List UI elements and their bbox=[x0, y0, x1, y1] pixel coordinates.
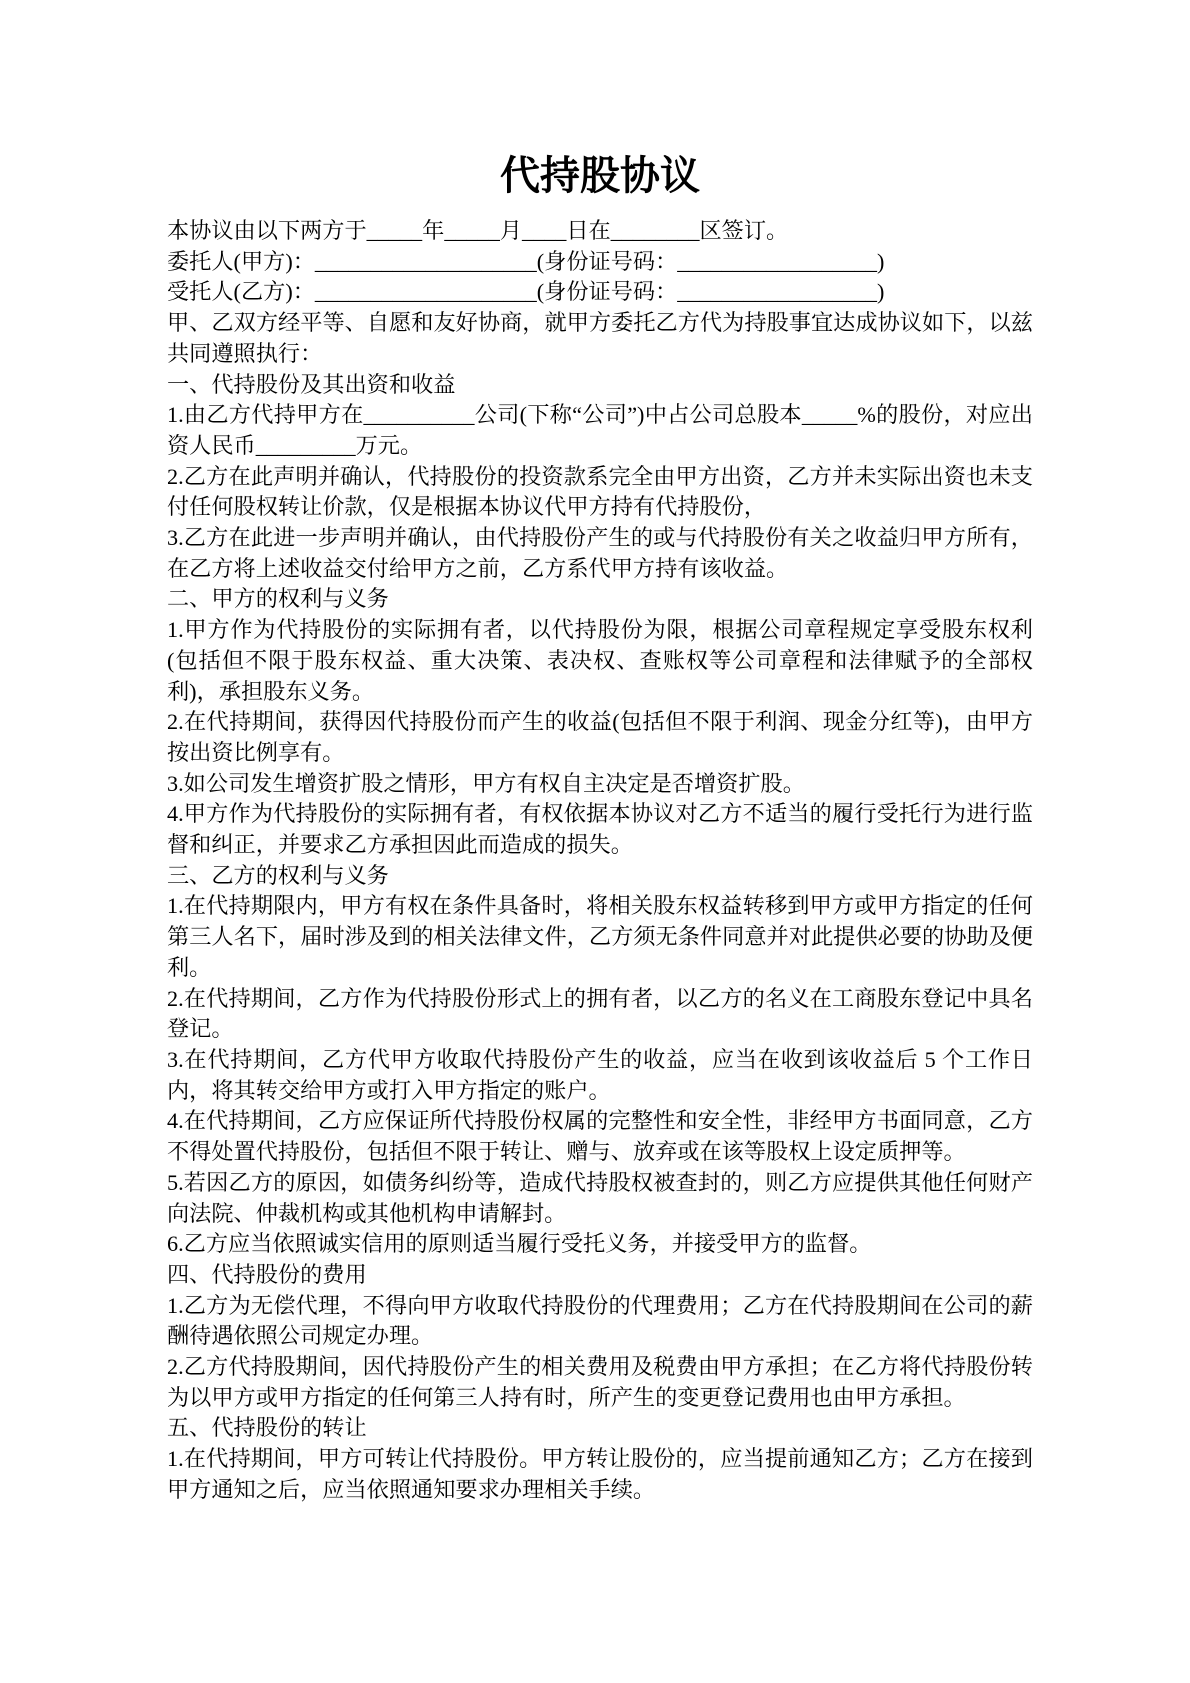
clause-3-2: 2.在代持期间，乙方作为代持股份形式上的拥有者，以乙方的名义在工商股东登记中具名… bbox=[167, 984, 1033, 1045]
clause-5-1: 1.在代持期间，甲方可转让代持股份。甲方转让股份的，应当提前通知乙方；乙方在接到… bbox=[167, 1444, 1033, 1505]
clause-2-3: 3.如公司发生增资扩股之情形，甲方有权自主决定是否增资扩股。 bbox=[167, 769, 1033, 800]
clause-4-1: 1.乙方为无偿代理，不得向甲方收取代持股份的代理费用；乙方在代持股期间在公司的薪… bbox=[167, 1291, 1033, 1352]
clause-3-6: 6.乙方应当依照诚实信用的原则适当履行受托义务，并接受甲方的监督。 bbox=[167, 1229, 1033, 1260]
paragraph-party-b-line: 受托人(乙方)：____________________(身份证号码：_____… bbox=[167, 277, 1033, 308]
clause-1-2: 2.乙方在此声明并确认，代持股份的投资款系完全由甲方出资，乙方并未实际出资也未支… bbox=[167, 462, 1033, 523]
section-1-heading: 一、代持股份及其出资和收益 bbox=[167, 370, 1033, 401]
clause-4-2: 2.乙方代持股期间，因代持股份产生的相关费用及税费由甲方承担；在乙方将代持股份转… bbox=[167, 1352, 1033, 1413]
document-title: 代持股协议 bbox=[167, 150, 1033, 202]
section-3-heading: 三、乙方的权利与义务 bbox=[167, 861, 1033, 892]
clause-1-3: 3.乙方在此进一步声明并确认，由代持股份产生的或与代持股份有关之收益归甲方所有，… bbox=[167, 523, 1033, 584]
clause-2-4: 4.甲方作为代持股份的实际拥有者，有权依据本协议对乙方不适当的履行受托行为进行监… bbox=[167, 799, 1033, 860]
paragraph-signing-line: 本协议由以下两方于_____年_____月____日在________区签订。 bbox=[167, 216, 1033, 247]
section-2-heading: 二、甲方的权利与义务 bbox=[167, 584, 1033, 615]
clause-2-2: 2.在代持期间，获得因代持股份而产生的收益(包括但不限于利润、现金分红等)，由甲… bbox=[167, 707, 1033, 768]
document-page: 代持股协议 本协议由以下两方于_____年_____月____日在_______… bbox=[167, 150, 1033, 1506]
section-4-heading: 四、代持股份的费用 bbox=[167, 1260, 1033, 1291]
clause-3-1: 1.在代持期限内，甲方有权在条件具备时，将相关股东权益转移到甲方或甲方指定的任何… bbox=[167, 891, 1033, 983]
clause-2-1: 1.甲方作为代持股份的实际拥有者，以代持股份为限，根据公司章程规定享受股东权利(… bbox=[167, 615, 1033, 707]
paragraph-preamble: 甲、乙双方经平等、自愿和友好协商，就甲方委托乙方代为持股事宜达成协议如下，以兹共… bbox=[167, 308, 1033, 369]
section-5-heading: 五、代持股份的转让 bbox=[167, 1413, 1033, 1444]
clause-3-3: 3.在代持期间，乙方代甲方收取代持股份产生的收益，应当在收到该收益后 5 个工作… bbox=[167, 1045, 1033, 1106]
clause-3-5: 5.若因乙方的原因，如债务纠纷等，造成代持股权被查封的，则乙方应提供其他任何财产… bbox=[167, 1168, 1033, 1229]
paragraph-party-a-line: 委托人(甲方)：____________________(身份证号码：_____… bbox=[167, 247, 1033, 278]
clause-1-1: 1.由乙方代持甲方在__________公司(下称“公司”)中占公司总股本___… bbox=[167, 400, 1033, 461]
clause-3-4: 4.在代持期间，乙方应保证所代持股份权属的完整性和安全性，非经甲方书面同意，乙方… bbox=[167, 1106, 1033, 1167]
